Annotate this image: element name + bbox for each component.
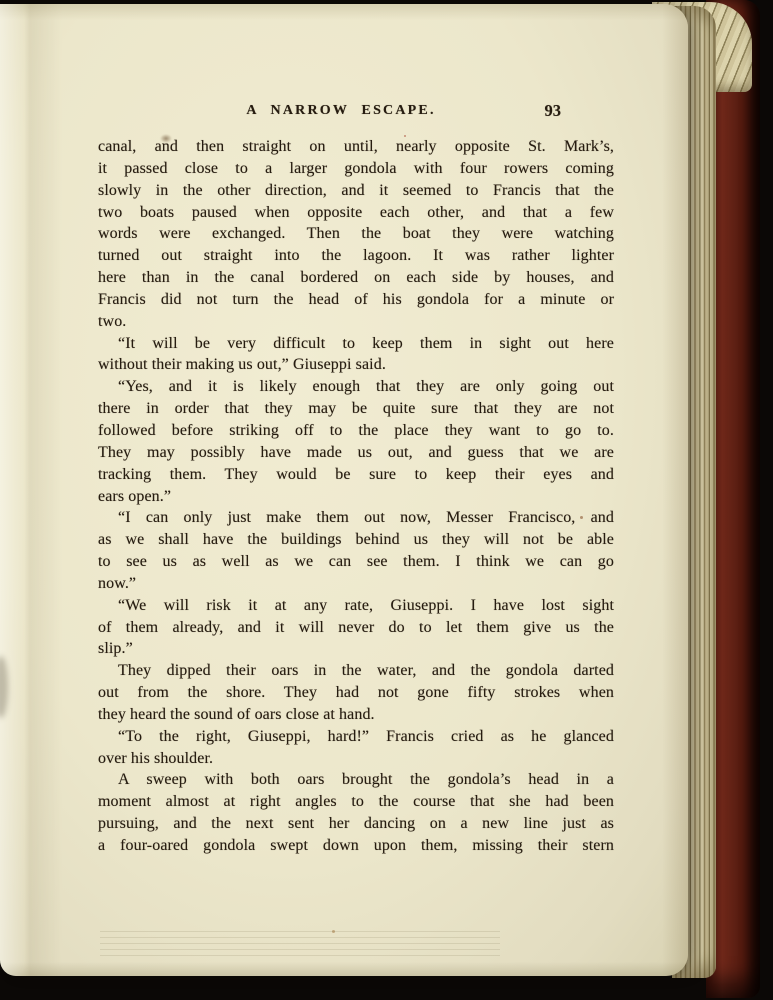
text-line: pursuing, and the next sent her dancing … bbox=[98, 813, 614, 835]
edge-blotch bbox=[0, 656, 8, 718]
text-line: two. bbox=[98, 311, 614, 333]
text-line: to see us as well as we can see them. I … bbox=[98, 551, 614, 573]
under-page-edges bbox=[100, 926, 500, 956]
text-line: a four-oared gondola swept down upon the… bbox=[98, 835, 614, 857]
text-line: moment almost at right angles to the cou… bbox=[98, 791, 614, 813]
text-line: slowly in the other direction, and it se… bbox=[98, 180, 614, 202]
paragraph: “Yes, and it is likely enough that they … bbox=[98, 376, 614, 507]
text-line: tracking them. They would be sure to kee… bbox=[98, 464, 614, 486]
text-line: it passed close to a larger gondola with… bbox=[98, 158, 614, 180]
text-line: turned out straight into the lagoon. It … bbox=[98, 245, 614, 267]
text-line: words were exchanged. Then the boat they… bbox=[98, 223, 614, 245]
text-line: over his shoulder. bbox=[98, 748, 614, 770]
paragraph: They dipped their oars in the water, and… bbox=[98, 660, 614, 726]
text-line: “It will be very difficult to keep them … bbox=[98, 333, 614, 355]
text-line: followed before striking off to the plac… bbox=[98, 420, 614, 442]
text-line: two boats paused when opposite each othe… bbox=[98, 202, 614, 224]
paragraph: “To the right, Giuseppi, hard!” Francis … bbox=[98, 726, 614, 770]
text-line: of them already, and it will never do to… bbox=[98, 617, 614, 639]
running-title: A NARROW ESCAPE. bbox=[246, 100, 435, 122]
paragraph: canal, and then straight on until, nearl… bbox=[98, 136, 614, 333]
text-line: as we shall have the buildings behind us… bbox=[98, 529, 614, 551]
text-line: “To the right, Giuseppi, hard!” Francis … bbox=[98, 726, 614, 748]
book-scan-scene: A NARROW ESCAPE. 93 canal, and then stra… bbox=[0, 0, 773, 1000]
text-line: A sweep with both oars brought the gondo… bbox=[98, 769, 614, 791]
text-line: now.” bbox=[98, 573, 614, 595]
paragraph: A sweep with both oars brought the gondo… bbox=[98, 769, 614, 856]
text-line: slip.” bbox=[98, 638, 614, 660]
paragraph: “It will be very difficult to keep them … bbox=[98, 333, 614, 377]
page-number: 93 bbox=[545, 100, 562, 122]
page-body-text: canal, and then straight on until, nearl… bbox=[98, 136, 614, 857]
book-page-scan: A NARROW ESCAPE. 93 canal, and then stra… bbox=[0, 4, 688, 976]
text-line: they heard the sound of oars close at ha… bbox=[98, 704, 614, 726]
text-line: ears open.” bbox=[98, 486, 614, 508]
text-line: Francis did not turn the head of his gon… bbox=[98, 289, 614, 311]
text-line: without their making us out,” Giuseppi s… bbox=[98, 354, 614, 376]
text-line: They dipped their oars in the water, and… bbox=[98, 660, 614, 682]
foxing-speck bbox=[332, 930, 335, 933]
text-line: here than in the canal bordered on each … bbox=[98, 267, 614, 289]
text-line: “We will risk it at any rate, Giuseppi. … bbox=[98, 595, 614, 617]
text-line: “I can only just make them out now, Mess… bbox=[98, 507, 614, 529]
text-line: canal, and then straight on until, nearl… bbox=[98, 136, 614, 158]
paragraph: “We will risk it at any rate, Giuseppi. … bbox=[98, 595, 614, 661]
page-header: A NARROW ESCAPE. 93 bbox=[98, 100, 614, 124]
paragraph: “I can only just make them out now, Mess… bbox=[98, 507, 614, 594]
text-line: there in order that they may be quite su… bbox=[98, 398, 614, 420]
text-line: out from the shore. They had not gone fi… bbox=[98, 682, 614, 704]
text-line: They may possibly have made us out, and … bbox=[98, 442, 614, 464]
text-line: “Yes, and it is likely enough that they … bbox=[98, 376, 614, 398]
